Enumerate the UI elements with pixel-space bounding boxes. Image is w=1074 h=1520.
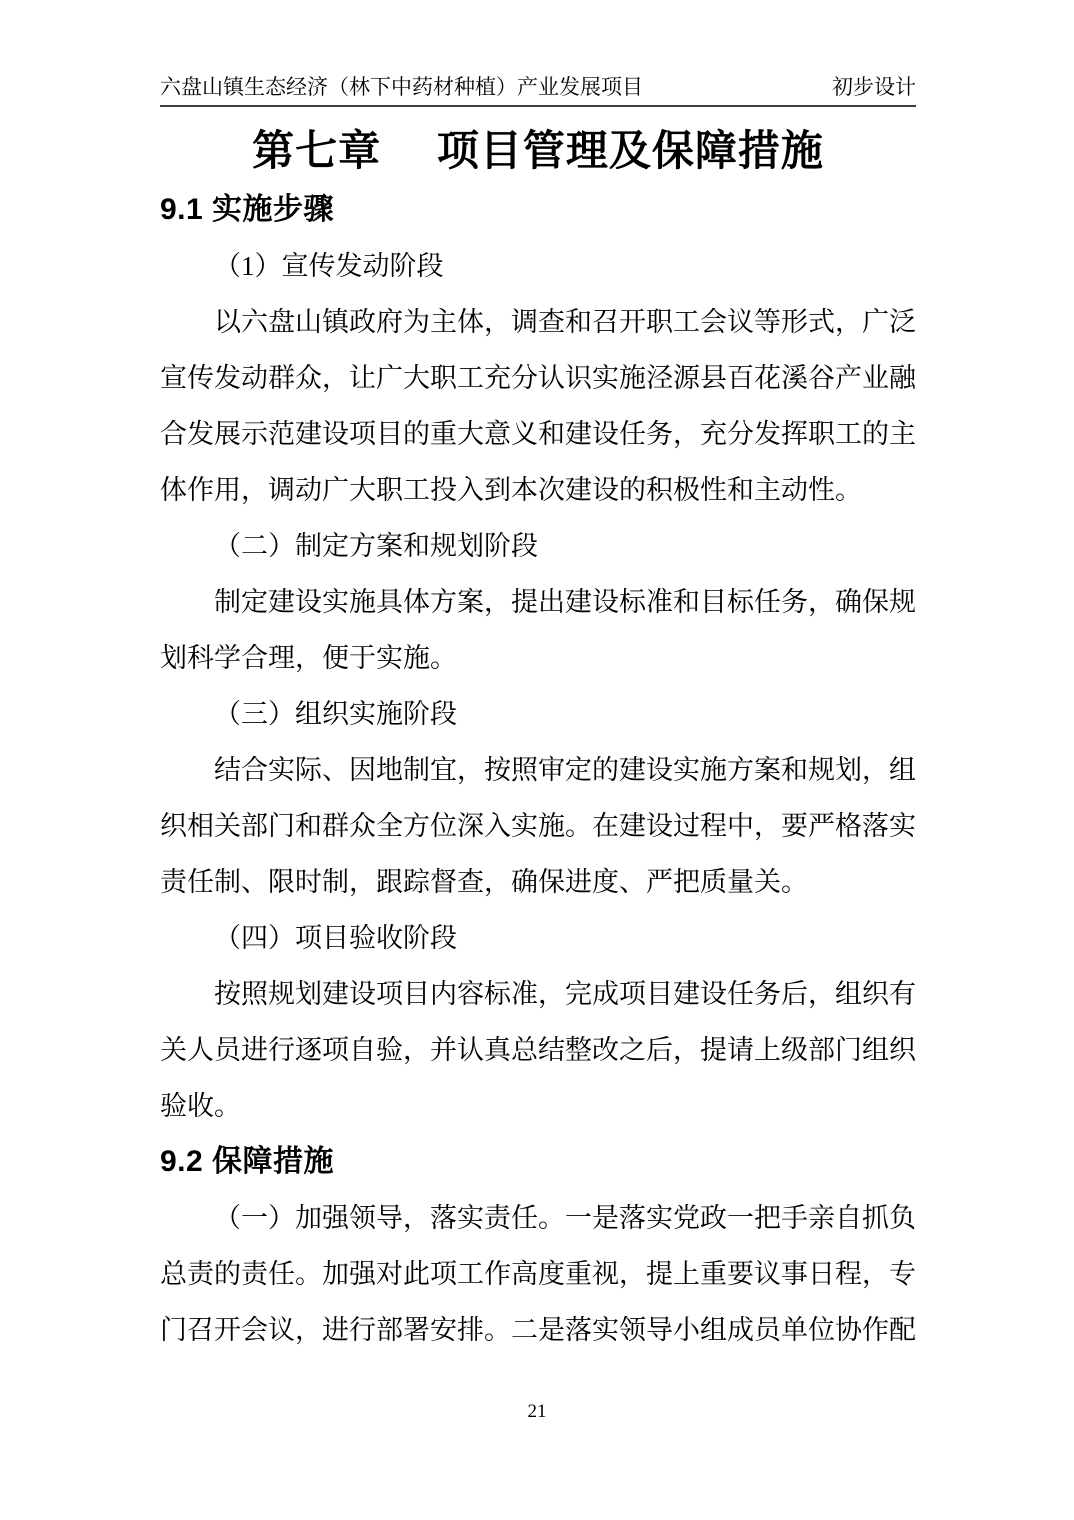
document-page: 六盘山镇生态经济（林下中药材种植）产业发展项目 初步设计 第七章 项目管理及保障… bbox=[0, 0, 1074, 1520]
stage-item-1: （1）宣传发动阶段 bbox=[160, 238, 916, 294]
stage-item-3: （三）组织实施阶段 bbox=[160, 686, 916, 742]
header-doc-stage: 初步设计 bbox=[832, 74, 916, 100]
header-project-title: 六盘山镇生态经济（林下中药材种植）产业发展项目 bbox=[160, 74, 643, 100]
chapter-title: 第七章 项目管理及保障措施 bbox=[160, 124, 916, 178]
paragraph-stage-2-body: 制定建设实施具体方案，提出建设标准和目标任务，确保规划科学合理，便于实施。 bbox=[160, 574, 916, 686]
paragraph-measures-1: （一）加强领导，落实责任。一是落实党政一把手亲自抓负总责的责任。加强对此项工作高… bbox=[160, 1190, 916, 1358]
section-heading-9-2: 9.2 保障措施 bbox=[160, 1134, 916, 1190]
page-footer: 21 bbox=[0, 1400, 1074, 1424]
paragraph-stage-4-body: 按照规划建设项目内容标准，完成项目建设任务后，组织有关人员进行逐项自验，并认真总… bbox=[160, 966, 916, 1134]
page-header: 六盘山镇生态经济（林下中药材种植）产业发展项目 初步设计 bbox=[160, 74, 916, 107]
paragraph-stage-3-body: 结合实际、因地制宜，按照审定的建设实施方案和规划，组织相关部门和群众全方位深入实… bbox=[160, 742, 916, 910]
document-body: 9.1 实施步骤 （1）宣传发动阶段 以六盘山镇政府为主体，调查和召开职工会议等… bbox=[160, 182, 916, 1358]
section-heading-9-1: 9.1 实施步骤 bbox=[160, 182, 916, 238]
page-number: 21 bbox=[528, 1401, 547, 1422]
paragraph-stage-1-body: 以六盘山镇政府为主体，调查和召开职工会议等形式，广泛宣传发动群众，让广大职工充分… bbox=[160, 294, 916, 518]
stage-item-4: （四）项目验收阶段 bbox=[160, 910, 916, 966]
stage-item-2: （二）制定方案和规划阶段 bbox=[160, 518, 916, 574]
